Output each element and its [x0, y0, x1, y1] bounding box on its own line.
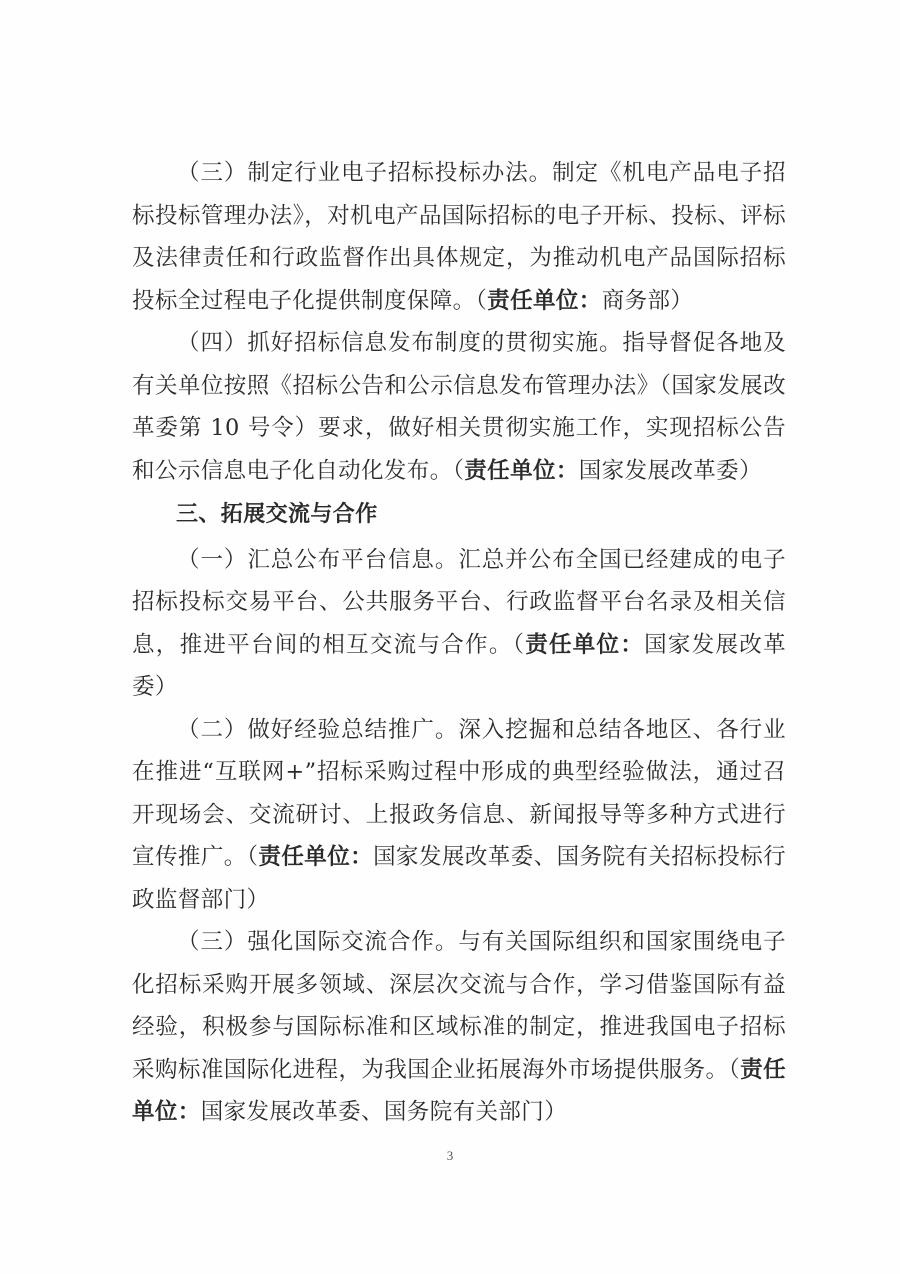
responsibility-label: 责任单位：	[487, 288, 602, 314]
resp-open: （	[476, 288, 488, 314]
paragraph-item-2-experience-promotion: （二）做好经验总结推广。深入挖掘和总结各地区、各行业在推进“互联网+”招标采购过…	[132, 709, 786, 922]
item-lead: （一）汇总公布平台信息。	[177, 547, 458, 573]
responsibility-label: 责任单位：	[464, 458, 579, 484]
resp-open: （	[453, 458, 465, 484]
section-heading: 三、拓展交流与合作	[132, 494, 786, 537]
paragraph-item-1-platform-info: （一）汇总公布平台信息。汇总并公布全国已经建成的电子招标投标交易平台、公共服务平…	[132, 539, 786, 709]
paragraph-item-3-international-cooperation: （三）强化国际交流合作。与有关国际组织和国家围绕电子化招标采购开展多领域、深层次…	[132, 921, 786, 1134]
resp-close: ）	[670, 288, 693, 314]
item-lead: （四）抓好招标信息发布制度的贯彻实施。	[177, 330, 622, 356]
page-number: 3	[0, 1148, 900, 1164]
paragraph-item-4-info-publication: （四）抓好招标信息发布制度的贯彻实施。指导督促各地及有关单位按照《招标公告和公示…	[132, 322, 786, 492]
responsibility-value: 商务部	[602, 288, 671, 314]
resp-open: （	[247, 844, 259, 870]
document-page: （三）制定行业电子招标投标办法。制定《机电产品电子招标投标管理办法》，对机电产品…	[0, 0, 900, 1274]
paragraph-item-3-e-procurement-rules: （三）制定行业电子招标投标办法。制定《机电产品电子招标投标管理办法》，对机电产品…	[132, 152, 786, 322]
resp-close: ）	[247, 887, 270, 913]
resp-close: ）	[155, 674, 178, 700]
responsibility-label: 责任单位：	[525, 632, 644, 658]
resp-close: ）	[739, 458, 762, 484]
responsibility-value: 国家发展改革委、国务院有关部门	[201, 1099, 545, 1125]
resp-open: （	[728, 1057, 740, 1083]
item-lead: （三）强化国际交流合作。	[177, 929, 458, 955]
item-lead: （三）制定行业电子招标投标办法。	[177, 160, 552, 186]
item-lead: （二）做好经验总结推广。	[177, 717, 458, 743]
responsibility-value: 国家发展改革委	[579, 458, 739, 484]
resp-close: ）	[544, 1099, 567, 1125]
resp-open: （	[513, 632, 526, 658]
document-body: （三）制定行业电子招标投标办法。制定《机电产品电子招标投标管理办法》，对机电产品…	[132, 152, 786, 1134]
responsibility-label: 责任单位：	[258, 844, 373, 870]
